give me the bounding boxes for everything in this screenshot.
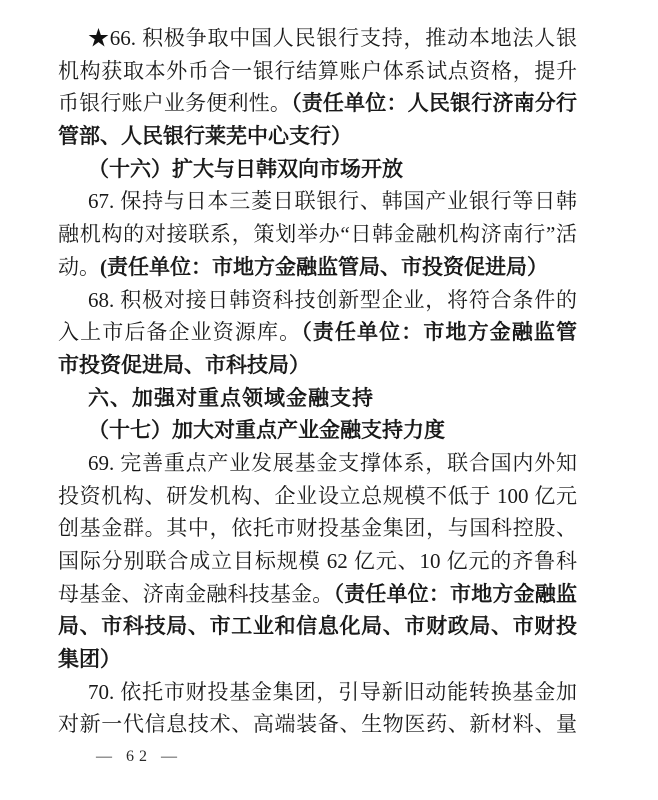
para-69-body-text: 创基金群。其中，依托市财投基金集团，与国科控股、上海 bbox=[58, 516, 577, 545]
heading-6: 六、加强对重点领域金融支持 bbox=[58, 382, 577, 415]
para-68: 68. 积极对接日韩资科技创新型企业，将符合条件的纳入上市后备企业资源库。（责任… bbox=[58, 284, 577, 382]
para-70-body-text: 70. 依托市财投基金集团，引导新旧动能转换基金加大 bbox=[58, 680, 577, 709]
para-67-duty-text: (责任单位：市地方金融监管局、市投资促进局） bbox=[100, 255, 548, 279]
para-66-line-2: 机构获取本外币合一银行结算账户体系试点资格，提升本外 bbox=[58, 55, 577, 88]
heading-6-main-heading-text: 六、加强对重点领域金融支持 bbox=[88, 387, 374, 410]
para-68-body-text: 入上市后备企业资源库。 bbox=[58, 320, 301, 344]
heading-6-line-1: 六、加强对重点领域金融支持 bbox=[58, 382, 577, 415]
para-69-duty-text: 集团） bbox=[58, 647, 121, 671]
heading-17-sub-heading-text: （十七）加大对重点产业金融支持力度 bbox=[88, 418, 445, 442]
document-page: ★66. 积极争取中国人民银行支持，推动本地法人银行机构获取本外币合一银行结算账… bbox=[0, 0, 658, 800]
para-67-line-3: 动。(责任单位：市地方金融监管局、市投资促进局） bbox=[58, 251, 577, 284]
para-69-body-text: 投资机构、研发机构、企业设立总规模不低于 100 亿元的科 bbox=[58, 484, 577, 513]
para-66-line-1: ★66. 积极争取中国人民银行支持，推动本地法人银行 bbox=[58, 22, 577, 55]
para-68-line-2: 入上市后备企业资源库。（责任单位：市地方金融监管局、 bbox=[58, 316, 577, 349]
para-67-line-1: 67. 保持与日本三菱日联银行、韩国产业银行等日韩金 bbox=[58, 185, 577, 218]
para-66-body-text: 66. 积极争取中国人民银行支持，推动本地法人银行 bbox=[58, 26, 577, 55]
heading-16-line-1: （十六）扩大与日韩双向市场开放 bbox=[58, 153, 577, 186]
para-69-line-6: 局、市科技局、市工业和信息化局、市财政局、市财投基金 bbox=[58, 610, 577, 643]
para-66-body-text: 币银行账户业务便利性。 bbox=[58, 91, 291, 115]
para-67-body-text: 67. 保持与日本三菱日联银行、韩国产业银行等日韩金 bbox=[58, 189, 577, 218]
para-69: 69. 完善重点产业发展基金支撑体系，联合国内外知名投资机构、研发机构、企业设立… bbox=[58, 447, 577, 676]
para-69-line-1: 69. 完善重点产业发展基金支撑体系，联合国内外知名 bbox=[58, 447, 577, 480]
para-69-duty-text: 局、市科技局、市工业和信息化局、市财政局、市财投基金 bbox=[58, 614, 577, 643]
para-66: ★66. 积极争取中国人民银行支持，推动本地法人银行机构获取本外币合一银行结算账… bbox=[58, 22, 577, 153]
para-67-body-text: 动。 bbox=[58, 255, 100, 279]
para-66-body-text: 机构获取本外币合一银行结算账户体系试点资格，提升本外 bbox=[58, 59, 577, 88]
para-66-duty-text: 管部、人民银行莱芜中心支行） bbox=[58, 124, 352, 148]
heading-17: （十七）加大对重点产业金融支持力度 bbox=[58, 414, 577, 447]
para-70-line-2: 对新一代信息技术、高端装备、生物医药、新材料、量子信 bbox=[58, 708, 577, 741]
heading-17-line-1: （十七）加大对重点产业金融支持力度 bbox=[58, 414, 577, 447]
para-67: 67. 保持与日本三菱日联银行、韩国产业银行等日韩金融机构的对接联系，策划举办“… bbox=[58, 185, 577, 283]
para-69-body-text: 母基金、济南金融科技基金。 bbox=[58, 582, 333, 606]
para-68-body-text: 68. 积极对接日韩资科技创新型企业，将符合条件的纳 bbox=[58, 288, 577, 317]
page-number: — 62 — bbox=[96, 748, 182, 766]
para-70-line-1: 70. 依托市财投基金集团，引导新旧动能转换基金加大 bbox=[58, 676, 577, 709]
para-69-body-text: 国际分别联合成立目标规模 62 亿元、10 亿元的齐鲁科学城 bbox=[58, 549, 577, 578]
para-69-line-3: 创基金群。其中，依托市财投基金集团，与国科控股、上海 bbox=[58, 512, 577, 545]
para-70: 70. 依托市财投基金集团，引导新旧动能转换基金加大对新一代信息技术、高端装备、… bbox=[58, 676, 577, 741]
para-67-line-2: 融机构的对接联系，策划举办“日韩金融机构济南行”活 bbox=[58, 218, 577, 251]
para-69-line-7: 集团） bbox=[58, 643, 577, 676]
para-69-body-text: 69. 完善重点产业发展基金支撑体系，联合国内外知名 bbox=[58, 451, 577, 480]
heading-16: （十六）扩大与日韩双向市场开放 bbox=[58, 153, 577, 186]
para-69-line-5: 母基金、济南金融科技基金。（责任单位：市地方金融监管 bbox=[58, 578, 577, 611]
para-68-line-1: 68. 积极对接日韩资科技创新型企业，将符合条件的纳 bbox=[58, 284, 577, 317]
para-69-line-2: 投资机构、研发机构、企业设立总规模不低于 100 亿元的科 bbox=[58, 480, 577, 513]
para-66-line-3: 币银行账户业务便利性。（责任单位：人民银行济南分行营 bbox=[58, 87, 577, 120]
para-66-line-4: 管部、人民银行莱芜中心支行） bbox=[58, 120, 577, 153]
para-67-body-text: 融机构的对接联系，策划举办“日韩金融机构济南行”活 bbox=[58, 222, 577, 246]
text-block: ★66. 积极争取中国人民银行支持，推动本地法人银行机构获取本外币合一银行结算账… bbox=[58, 22, 577, 741]
para-68-duty-text: 市投资促进局、市科技局） bbox=[58, 353, 310, 377]
star-icon: ★ bbox=[88, 26, 110, 50]
para-69-line-4: 国际分别联合成立目标规模 62 亿元、10 亿元的齐鲁科学城 bbox=[58, 545, 577, 578]
heading-16-sub-heading-text: （十六）扩大与日韩双向市场开放 bbox=[88, 157, 403, 181]
para-68-line-3: 市投资促进局、市科技局） bbox=[58, 349, 577, 382]
para-70-body-text: 对新一代信息技术、高端装备、生物医药、新材料、量子信 bbox=[58, 712, 577, 741]
